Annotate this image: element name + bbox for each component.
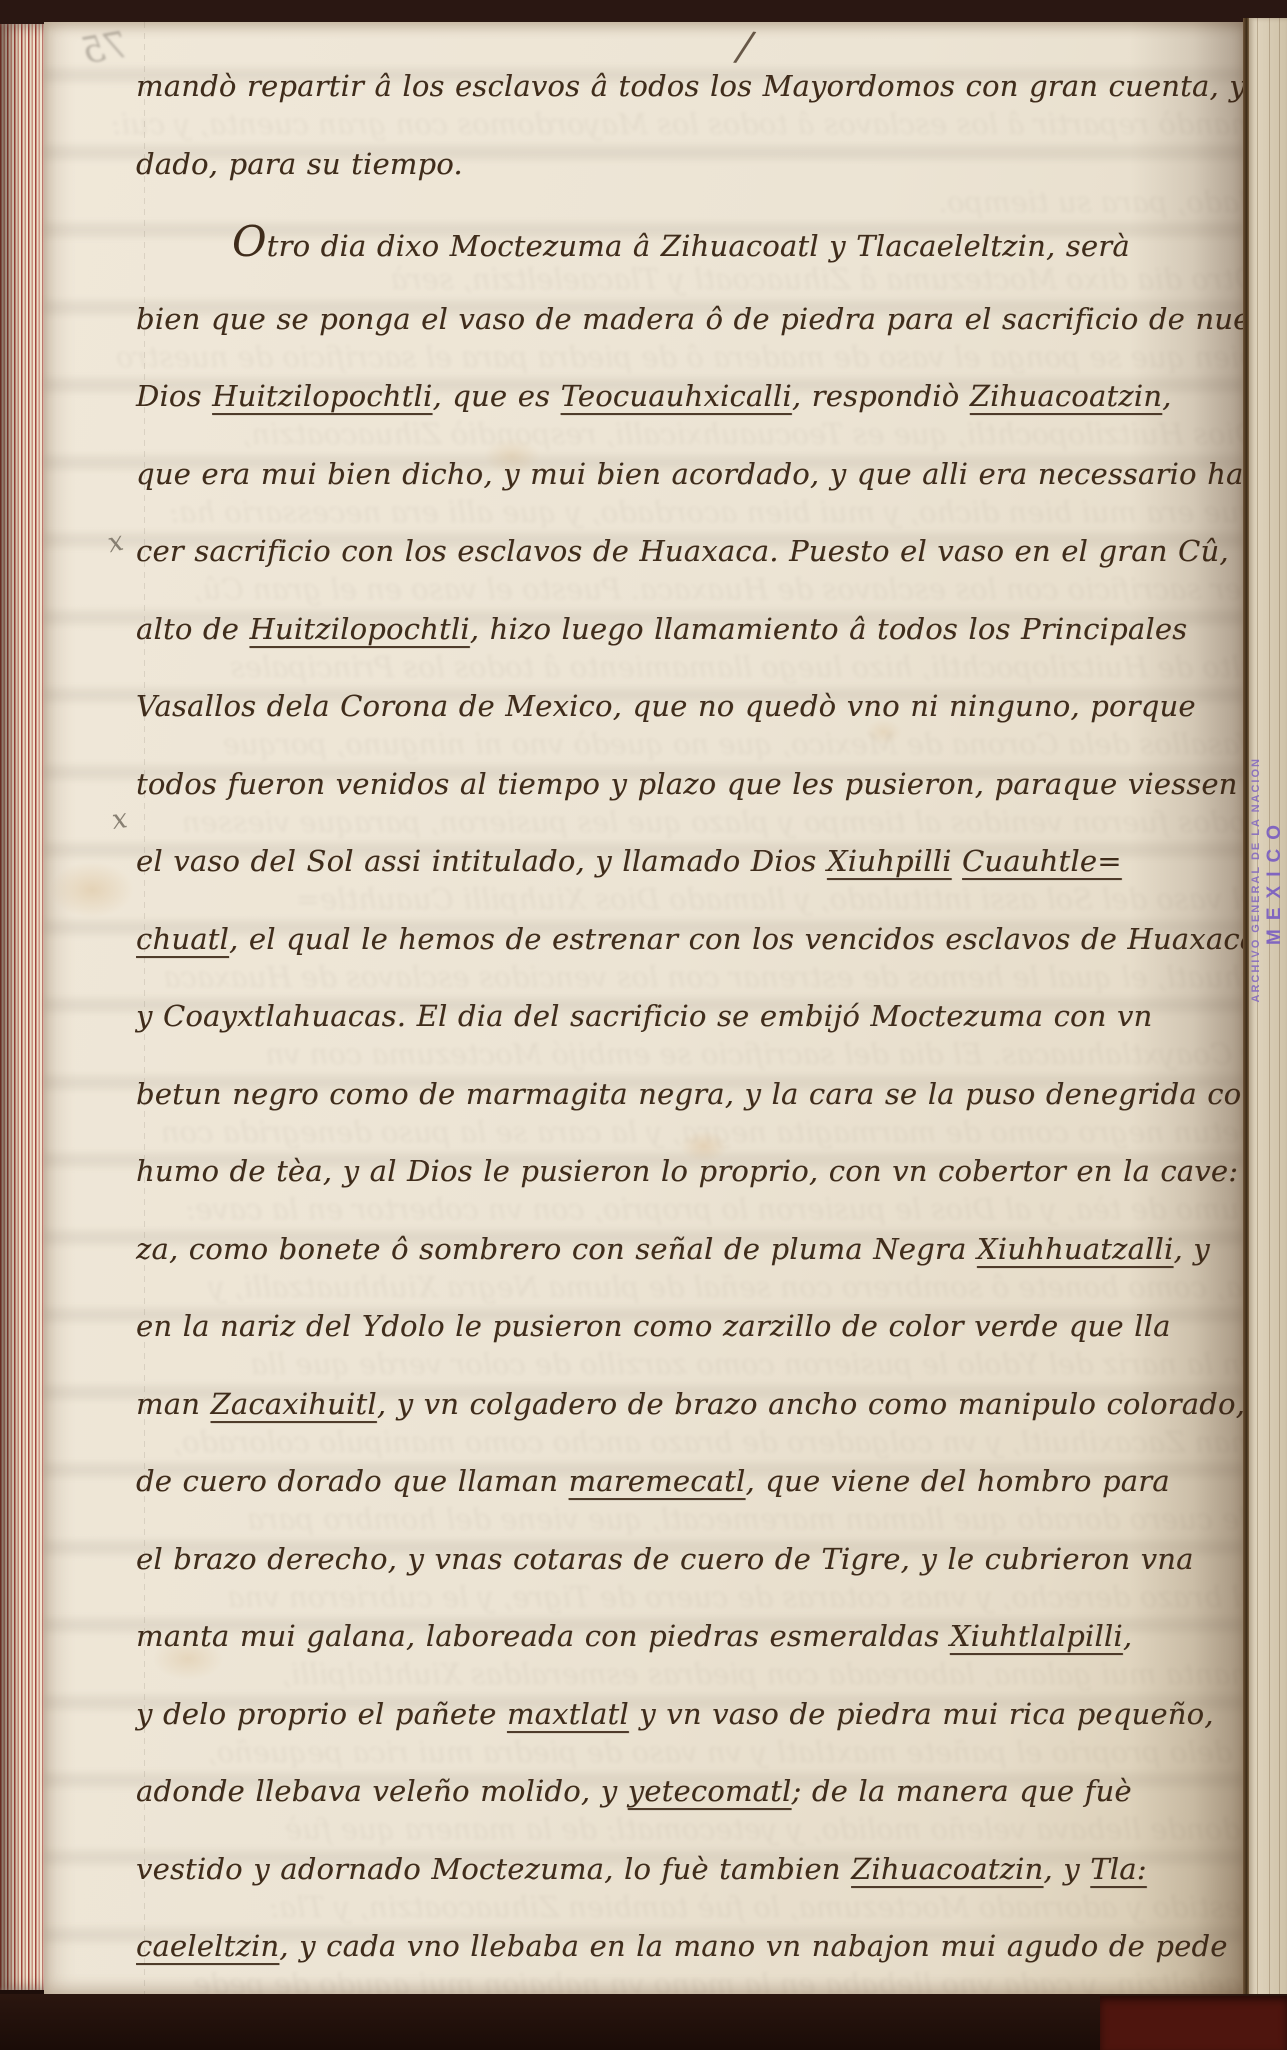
manuscript-page: 75 / mandò repartir â los esclavos â tod… bbox=[44, 22, 1244, 1994]
manuscript-text-segment: Otro dia dixo Moctezuma â Zihuacoatl y T… bbox=[232, 229, 1130, 263]
manuscript-text-segment: , y cada vno llebaba en la mano vn nabaj… bbox=[279, 1929, 1227, 1963]
manuscript-line: cer sacrificio con los esclavos de Huaxa… bbox=[136, 513, 1266, 591]
manuscript-text-segment: todos fueron venidos al tiempo y plazo q… bbox=[136, 767, 1238, 801]
underlined-nahuatl-term: maxtlatl bbox=[507, 1697, 629, 1731]
manuscript-line: y delo proprio el pañete maxtlatl y vn v… bbox=[136, 1676, 1266, 1754]
manuscript-text-segment: , que viene del hombro para bbox=[745, 1464, 1169, 1498]
underlined-nahuatl-term: Xiuhtlalpilli bbox=[950, 1619, 1123, 1653]
manuscript-text-segment: el brazo derecho, y vnas cotaras de cuer… bbox=[136, 1542, 1194, 1576]
underlined-nahuatl-term: Xiuhpilli bbox=[827, 844, 952, 878]
underlined-nahuatl-term: Cuauhtle= bbox=[962, 844, 1122, 878]
manuscript-text-segment: y Coayxtlahuacas. El dia del sacrificio … bbox=[136, 999, 1152, 1033]
manuscript-line: y Coayxtlahuacas. El dia del sacrificio … bbox=[136, 978, 1266, 1056]
manuscript-line: vestido y adornado Moctezuma, lo fuè tam… bbox=[136, 1831, 1266, 1909]
cover-corner-patch bbox=[1100, 1996, 1287, 2050]
underlined-nahuatl-term: Zihuacoatzin bbox=[970, 379, 1162, 413]
manuscript-line: Otro dia dixo Moctezuma â Zihuacoatl y T… bbox=[136, 203, 1266, 281]
underlined-nahuatl-term: caeleltzin bbox=[136, 1929, 279, 1963]
manuscript-text-segment: , hizo luego llamamiento â todos los Pri… bbox=[470, 612, 1187, 646]
manuscript-text-segment: , y bbox=[1173, 1232, 1209, 1266]
manuscript-text-segment: , y vn colgadero de brazo ancho como man… bbox=[377, 1387, 1245, 1421]
manuscript-text-segment: que era mui bien dicho, y mui bien acord… bbox=[136, 457, 1253, 491]
manuscript-text-segment: , y bbox=[1043, 1852, 1090, 1886]
manuscript-text-segment: , respondiò bbox=[792, 379, 970, 413]
book-cover-bottom bbox=[0, 1994, 1287, 2050]
manuscript-text-segment: betun negro como de marmagita negra, y l… bbox=[136, 1077, 1260, 1111]
manuscript-scan: { "manuscript": { "lines": [ {"segments"… bbox=[0, 0, 1287, 2050]
manuscript-text-segment: cer sacrificio con los esclavos de Huaxa… bbox=[136, 534, 1229, 568]
underlined-nahuatl-term: Teocuauhxicalli bbox=[561, 379, 792, 413]
manuscript-line: betun negro como de marmagita negra, y l… bbox=[136, 1056, 1266, 1134]
manuscript-text-segment: de cuero dorado que llaman bbox=[136, 1464, 569, 1498]
book-fore-edge-pages bbox=[0, 24, 46, 1990]
manuscript-text-segment: alto de bbox=[136, 612, 249, 646]
manuscript-text-segment: bien que se ponga el vaso de madera ô de… bbox=[136, 302, 1287, 336]
manuscript-text-segment bbox=[952, 844, 962, 878]
manuscript-text-segment: manta mui galana, laboreada con piedras … bbox=[136, 1619, 950, 1653]
manuscript-line: za, como bonete ô sombrero con señal de … bbox=[136, 1211, 1266, 1289]
manuscript-text-segment: za, como bonete ô sombrero con señal de … bbox=[136, 1232, 977, 1266]
manuscript-text-segment: dado, para su tiempo. bbox=[136, 147, 463, 181]
manuscript-line: humo de tèa, y al Dios le pusieron lo pr… bbox=[136, 1133, 1266, 1211]
manuscript-line: alto de Huitzilopochtli, hizo luego llam… bbox=[136, 591, 1266, 669]
manuscript-text-segment: , bbox=[1162, 379, 1171, 413]
manuscript-line: el vaso del Sol assi intitulado, y llama… bbox=[136, 823, 1266, 901]
manuscript-text-segment: Dios bbox=[136, 379, 212, 413]
manuscript-line: bien que se ponga el vaso de madera ô de… bbox=[136, 281, 1266, 359]
archive-stamp: ARCHIVO GENERAL DE LA NACION MEXICO bbox=[1250, 640, 1286, 1120]
manuscript-text-segment: ; de la manera que fuè bbox=[791, 1774, 1131, 1808]
underlined-nahuatl-term: Huitzilopochtli bbox=[249, 612, 469, 646]
manuscript-line: en la nariz del Ydolo le pusieron como z… bbox=[136, 1288, 1266, 1366]
manuscript-line: el brazo derecho, y vnas cotaras de cuer… bbox=[136, 1521, 1266, 1599]
manuscript-line: de cuero dorado que llaman maremecatl, q… bbox=[136, 1443, 1266, 1521]
archive-stamp-text: ARCHIVO GENERAL DE LA NACION bbox=[1250, 757, 1262, 1002]
manuscript-line: Vasallos dela Corona de Mexico, que no q… bbox=[136, 668, 1266, 746]
underlined-nahuatl-term: Tla: bbox=[1090, 1852, 1146, 1886]
manuscript-line: adonde llebava veleño molido, y yetecoma… bbox=[136, 1753, 1266, 1831]
manuscript-text-segment: Vasallos dela Corona de Mexico, que no q… bbox=[136, 689, 1196, 723]
manuscript-text-segment: y delo proprio el pañete bbox=[136, 1697, 507, 1731]
manuscript-line: mandò repartir â los esclavos â todos lo… bbox=[136, 48, 1266, 126]
manuscript-text-segment: en la nariz del Ydolo le pusieron como z… bbox=[136, 1309, 1171, 1343]
manuscript-text-segment: el vaso del Sol assi intitulado, y llama… bbox=[136, 844, 827, 878]
manuscript-line: que era mui bien dicho, y mui bien acord… bbox=[136, 436, 1266, 514]
manuscript-line: Dios Huitzilopochtli, que es Teocuauhxic… bbox=[136, 358, 1266, 436]
underlined-nahuatl-term: yetecomatl bbox=[628, 1774, 792, 1808]
underlined-nahuatl-term: Xiuhhuatzalli bbox=[977, 1232, 1174, 1266]
manuscript-text-segment: man bbox=[136, 1387, 210, 1421]
manuscript-text-segment: , bbox=[1123, 1619, 1132, 1653]
archive-stamp-mexico: MEXICO bbox=[1264, 816, 1286, 945]
underlined-nahuatl-term: Huitzilopochtli bbox=[212, 379, 432, 413]
manuscript-text-segment: adonde llebava veleño molido, y bbox=[136, 1774, 628, 1808]
manuscript-line: manta mui galana, laboreada con piedras … bbox=[136, 1598, 1266, 1676]
manuscript-text-segment: humo de tèa, y al Dios le pusieron lo pr… bbox=[136, 1154, 1238, 1188]
manuscript-text-segment: mandò repartir â los esclavos â todos lo… bbox=[136, 69, 1287, 103]
underlined-nahuatl-term: Zihuacoatzin bbox=[851, 1852, 1043, 1886]
manuscript-text: mandò repartir â los esclavos â todos lo… bbox=[136, 48, 1266, 1986]
manuscript-line: chuatl, el qual le hemos de estrenar con… bbox=[136, 901, 1266, 979]
underlined-nahuatl-term: chuatl bbox=[136, 922, 229, 956]
underlined-nahuatl-term: Zacaxihuitl bbox=[210, 1387, 376, 1421]
manuscript-text-segment: vestido y adornado Moctezuma, lo fuè tam… bbox=[136, 1852, 851, 1886]
pencil-x-mark: x bbox=[110, 803, 129, 836]
pencil-x-mark: x bbox=[105, 526, 126, 559]
folio-number-showthrough: 75 bbox=[79, 24, 131, 72]
manuscript-text-segment: y vn vaso de piedra mui rica pequeño, bbox=[629, 1697, 1214, 1731]
manuscript-text-segment: , que es bbox=[432, 379, 560, 413]
manuscript-text-segment: , el qual le hemos de estrenar con los v… bbox=[229, 922, 1257, 956]
underlined-nahuatl-term: maremecatl bbox=[569, 1464, 746, 1498]
manuscript-line: dado, para su tiempo. bbox=[136, 126, 1266, 204]
manuscript-line: caeleltzin, y cada vno llebaba en la man… bbox=[136, 1908, 1266, 1986]
manuscript-line: man Zacaxihuitl, y vn colgadero de brazo… bbox=[136, 1366, 1266, 1444]
manuscript-line: todos fueron venidos al tiempo y plazo q… bbox=[136, 746, 1266, 824]
